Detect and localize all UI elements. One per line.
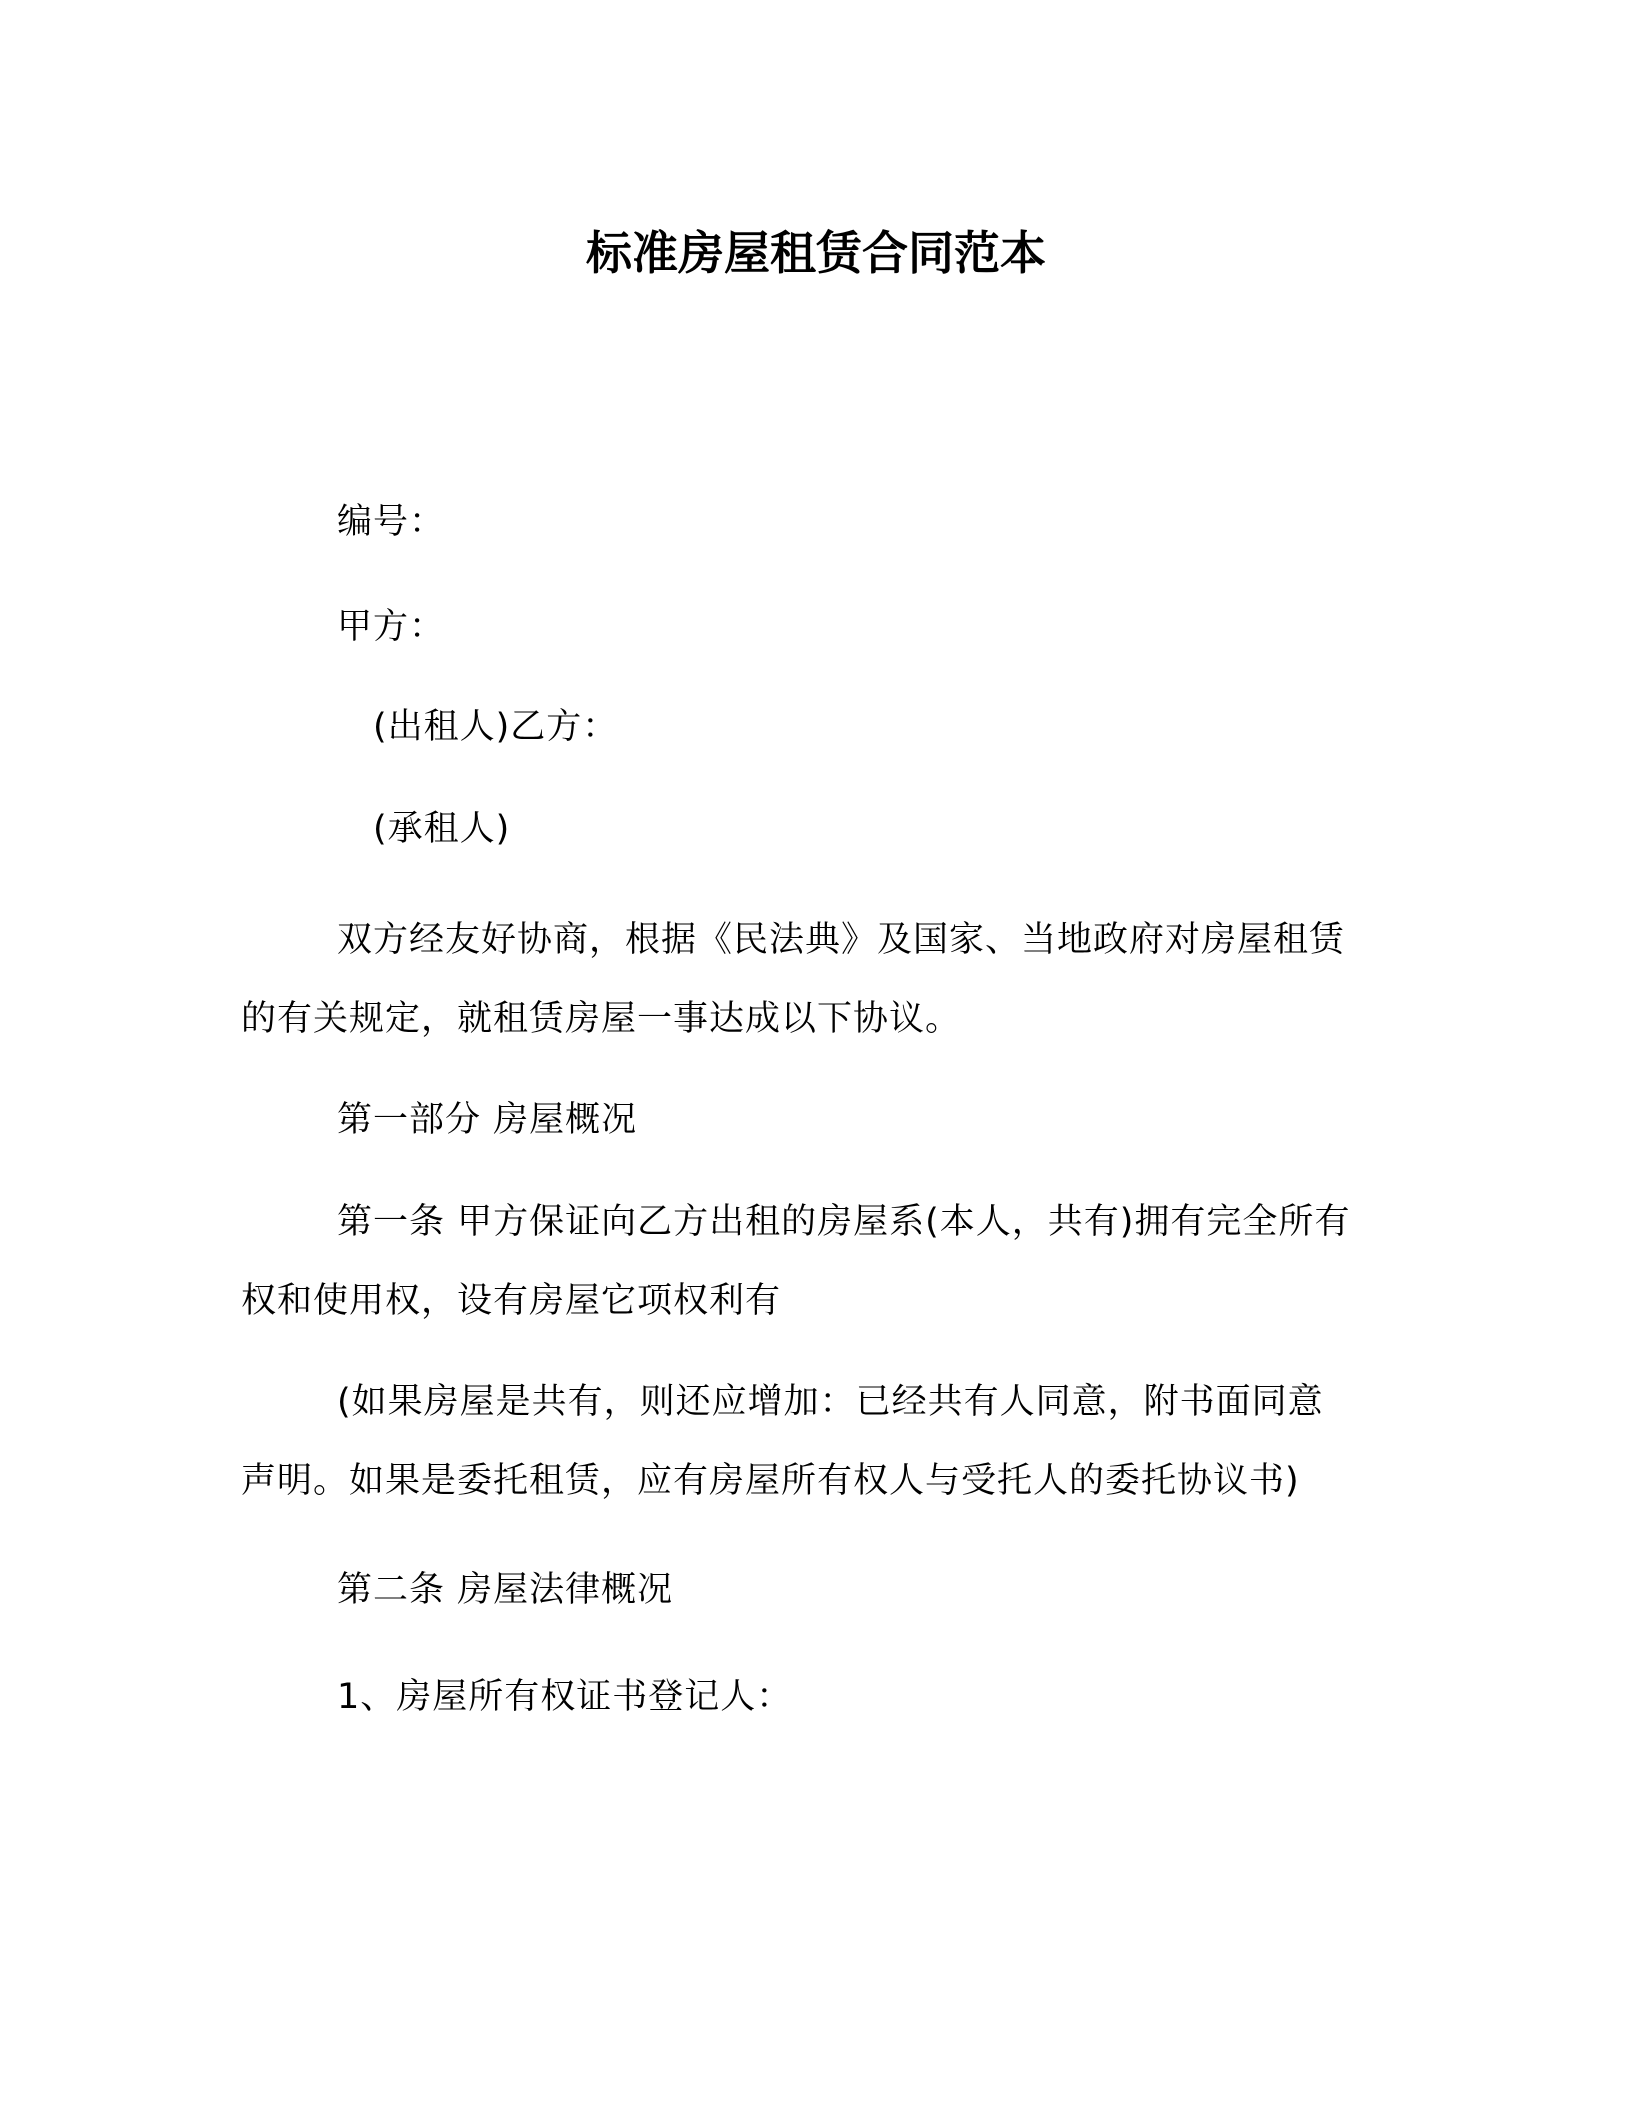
article-2-item-1: 1、房屋所有权证书登记人： — [337, 1675, 792, 1719]
lessor-party-b-label: (出租人)乙方： — [373, 705, 618, 749]
article-1-note-line-1: (如果房屋是共有，则还应增加：已经共有人同意，附书面同意 — [337, 1380, 1324, 1424]
article-1-note-line-2: 声明。如果是委托租赁，应有房屋所有权人与受托人的委托协议书) — [241, 1459, 1300, 1503]
article-2-heading: 第二条 房屋法律概况 — [337, 1568, 673, 1612]
preamble-line-1: 双方经友好协商，根据《民法典》及国家、当地政府对房屋租赁 — [337, 918, 1345, 962]
lessee-label: (承租人) — [373, 807, 510, 851]
party-a-label: 甲方： — [337, 605, 445, 649]
preamble-line-2: 的有关规定，就租赁房屋一事达成以下协议。 — [241, 997, 961, 1041]
article-1-line-2: 权和使用权，设有房屋它项权利有 — [241, 1279, 781, 1323]
contract-number-label: 编号： — [337, 500, 445, 544]
part-1-heading: 第一部分 房屋概况 — [337, 1098, 637, 1142]
document-page: 标准房屋租赁合同范本 编号： 甲方： (出租人)乙方： (承租人) 双方经友好协… — [0, 0, 1632, 2112]
article-1-line-1: 第一条 甲方保证向乙方出租的房屋系(本人，共有)拥有完全所有 — [337, 1200, 1350, 1244]
document-title: 标准房屋租赁合同范本 — [0, 225, 1632, 281]
